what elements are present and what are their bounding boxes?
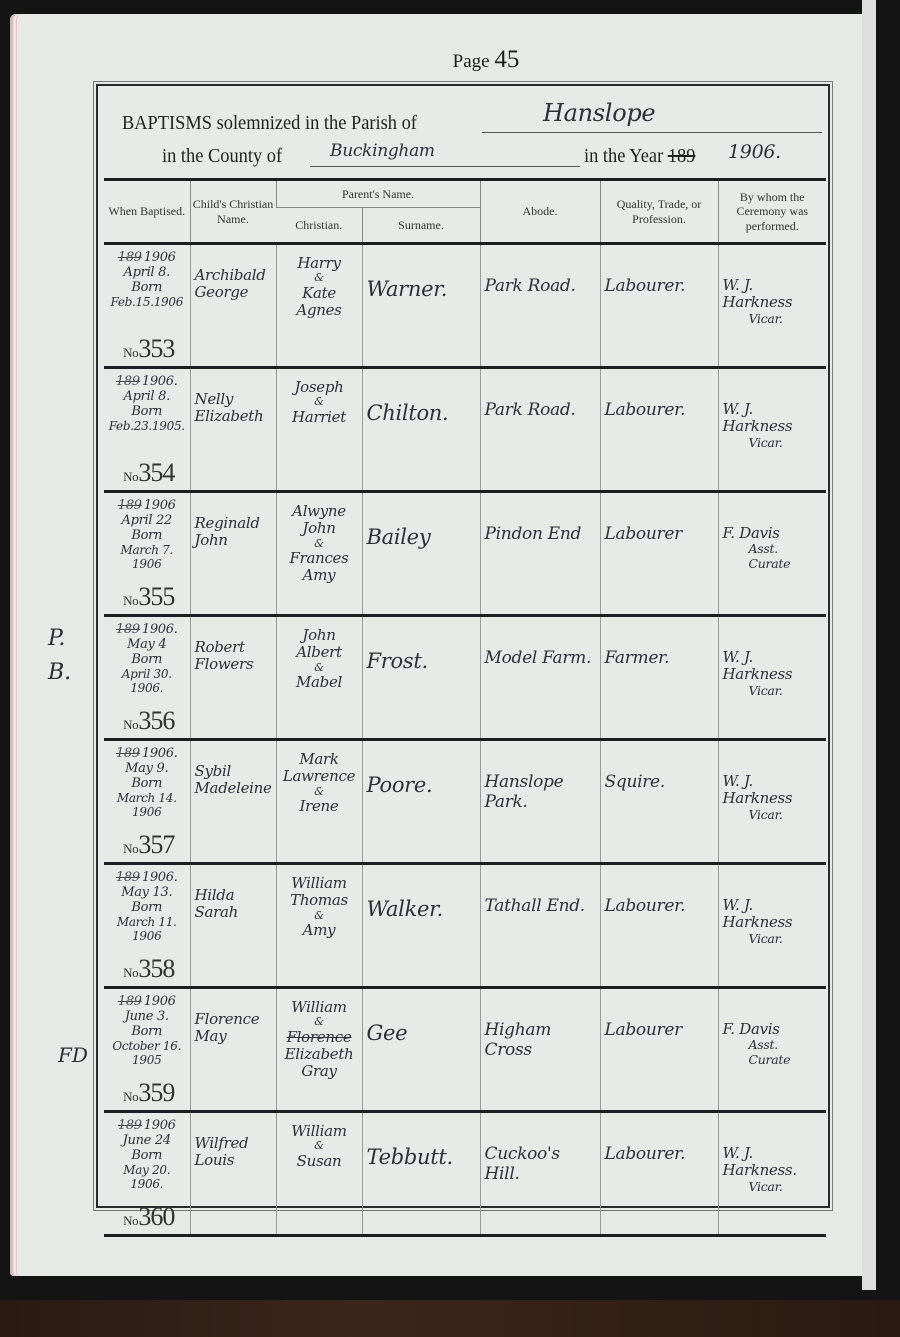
officiant-title: Vicar.: [723, 436, 823, 450]
quality-trade-profession: Labourer.: [600, 1112, 718, 1236]
when-baptised-cell: 1891906 June 24 Born May 20. 1906. No360: [104, 1112, 190, 1236]
born-label: Born: [108, 777, 186, 792]
year-label: in the Year 189: [584, 145, 695, 168]
column-header-parent-christian: Christian.: [276, 208, 362, 244]
parent-christian-name: Lawrence: [281, 768, 358, 785]
entry-number-value: 353: [138, 334, 174, 363]
year-written: 1906: [144, 250, 176, 265]
baptism-date: May 13.: [108, 886, 186, 901]
register-entry: 1891906 April 8. Born Feb.15.1906 No353 …: [104, 244, 826, 368]
abode: Tathall End.: [480, 864, 600, 988]
struck-parent-name: Florence: [281, 1029, 358, 1046]
quality-trade-profession: Labourer.: [600, 244, 718, 368]
entry-number-label: No: [123, 469, 138, 484]
parents-christian-names: WilliamThomas&Amy: [276, 864, 362, 988]
parent-christian-name: Amy: [281, 567, 358, 584]
born-label: Born: [108, 901, 186, 916]
parent-surname: Frost.: [362, 616, 480, 740]
officiant-name: F. Davis: [723, 1020, 780, 1038]
parent-christian-name: &: [281, 1140, 358, 1153]
officiant-title: Vicar.: [723, 312, 823, 326]
column-header-parent-surname: Surname.: [362, 208, 480, 244]
officiant: W. J. HarknessVicar.: [718, 368, 826, 492]
struck-year: 189: [118, 498, 142, 513]
birth-date: Feb.23.1905.: [108, 420, 186, 434]
officiant-name: W. J. Harkness.: [723, 1144, 797, 1179]
parent-christian-name: Albert: [281, 644, 358, 661]
born-label: Born: [108, 405, 186, 420]
register-entry: 1891906 April 22 Born March 7. 1906 No35…: [104, 492, 826, 616]
birth-date: March 11. 1906: [108, 916, 186, 944]
parent-surname: Gee: [362, 988, 480, 1112]
baptism-year: 1891906: [108, 995, 186, 1010]
parent-surname: Bailey: [362, 492, 480, 616]
child-christian-name: Archibald George: [190, 244, 276, 368]
birth-date: April 30. 1906.: [108, 668, 186, 696]
officiant-name: W. J. Harkness: [723, 648, 793, 683]
birth-date: May 20. 1906.: [108, 1164, 186, 1192]
parents-christian-names: Harry&KateAgnes: [276, 244, 362, 368]
county-rule: [310, 166, 580, 167]
birth-date: Feb.15.1906: [108, 296, 186, 310]
baptism-year: 1891906.: [108, 375, 186, 390]
struck-year: 189: [118, 994, 142, 1009]
year-printed: 189: [668, 145, 696, 167]
year-written: 1906: [144, 1118, 176, 1133]
officiant: W. J. HarknessVicar.: [718, 740, 826, 864]
when-baptised-cell: 1891906 April 22 Born March 7. 1906 No35…: [104, 492, 190, 616]
parent-christian-name: Elizabeth: [281, 1046, 358, 1063]
baptism-register-table: When Baptised. Child's Christian Name. P…: [104, 178, 826, 1237]
parent-christian-name: William: [281, 999, 358, 1016]
parent-christian-name: &: [281, 396, 358, 409]
entry-number: No360: [112, 1202, 186, 1232]
entry-number-label: No: [123, 965, 138, 980]
when-baptised-cell: 1891906. May 4 Born April 30. 1906. No35…: [104, 616, 190, 740]
officiant-name: W. J. Harkness: [723, 772, 793, 807]
child-christian-name: Sybil Madeleine: [190, 740, 276, 864]
officiant-title: Asst. Curate: [723, 1038, 823, 1067]
child-christian-name: Florence May: [190, 988, 276, 1112]
when-baptised-cell: 1891906. May 9. Born March 14. 1906 No35…: [104, 740, 190, 864]
parent-christian-name: Harry: [281, 255, 358, 272]
year-written: 1906: [144, 498, 176, 513]
year-written: 1906.: [142, 746, 178, 761]
abode: Pindon End: [480, 492, 600, 616]
born-label: Born: [108, 529, 186, 544]
column-header-when: When Baptised.: [104, 180, 190, 244]
parent-christian-name: Amy: [281, 922, 358, 939]
parent-christian-name: Irene: [281, 798, 358, 815]
baptism-year: 1891906: [108, 251, 186, 266]
birth-date: October 16. 1905: [108, 1040, 186, 1068]
officiant: W. J. HarknessVicar.: [718, 864, 826, 988]
quality-trade-profession: Labourer.: [600, 368, 718, 492]
abode: Higham Cross: [480, 988, 600, 1112]
entry-number-value: 354: [138, 458, 174, 487]
baptism-year: 1891906: [108, 499, 186, 514]
parent-christian-name: Kate: [281, 285, 358, 302]
baptism-date: May 9.: [108, 762, 186, 777]
parent-christian-name: Harriet: [281, 409, 358, 426]
baptism-date: June 24: [108, 1134, 186, 1149]
parent-christian-name: Mark: [281, 751, 358, 768]
officiant-name: F. Davis: [723, 524, 780, 542]
county-value: Buckingham: [330, 142, 435, 162]
page-number-value: 45: [494, 46, 519, 73]
baptism-year: 1891906.: [108, 623, 186, 638]
officiant-title: Vicar.: [723, 932, 823, 946]
parent-surname: Chilton.: [362, 368, 480, 492]
officiant-name: W. J. Harkness: [723, 400, 793, 435]
column-header-child: Child's Christian Name.: [190, 180, 276, 244]
when-baptised-cell: 1891906 June 3. Born October 16. 1905 No…: [104, 988, 190, 1112]
entry-number: No356: [112, 706, 186, 736]
page-label: Page: [453, 51, 490, 72]
officiant: W. J. Harkness.Vicar.: [718, 1112, 826, 1236]
quality-trade-profession: Squire.: [600, 740, 718, 864]
parents-christian-names: JohnAlbert&Mabel: [276, 616, 362, 740]
parents-christian-names: MarkLawrence&Irene: [276, 740, 362, 864]
baptism-year: 1891906: [108, 1119, 186, 1134]
parent-christian-name: William: [281, 875, 358, 892]
birth-date: March 14. 1906: [108, 792, 186, 820]
parent-surname: Poore.: [362, 740, 480, 864]
register-entry: 1891906 June 24 Born May 20. 1906. No360…: [104, 1112, 826, 1236]
baptism-year: 1891906.: [108, 747, 186, 762]
officiant: W. J. HarknessVicar.: [718, 244, 826, 368]
register-entry: 1891906. April 8. Born Feb.23.1905. No35…: [104, 368, 826, 492]
parish-rule: [482, 132, 822, 133]
entry-number-value: 360: [138, 1202, 174, 1231]
parent-christian-name: Thomas: [281, 892, 358, 909]
parent-christian-name: &: [281, 1016, 358, 1029]
entry-number-label: No: [123, 1089, 138, 1104]
entry-number-value: 359: [138, 1078, 174, 1107]
year-written: 1906.: [142, 374, 178, 389]
page-number: Page 45: [0, 46, 900, 74]
abode: Model Farm.: [480, 616, 600, 740]
entry-number: No358: [112, 954, 186, 984]
birth-date: March 7. 1906: [108, 544, 186, 572]
when-baptised-cell: 1891906 April 8. Born Feb.15.1906 No353: [104, 244, 190, 368]
abode: Hanslope Park.: [480, 740, 600, 864]
entry-number: No355: [112, 582, 186, 612]
parent-surname: Tebbutt.: [362, 1112, 480, 1236]
born-label: Born: [108, 281, 186, 296]
struck-year: 189: [116, 622, 140, 637]
baptism-date: April 8.: [108, 390, 186, 405]
entry-number-value: 356: [138, 706, 174, 735]
officiant: F. DavisAsst. Curate: [718, 492, 826, 616]
officiant-name: W. J. Harkness: [723, 276, 793, 311]
parent-christian-name: John: [281, 520, 358, 537]
entry-number-label: No: [123, 717, 138, 732]
register-entry: 1891906. May 9. Born March 14. 1906 No35…: [104, 740, 826, 864]
entry-number-label: No: [123, 1213, 138, 1228]
parent-christian-name: Joseph: [281, 379, 358, 396]
register-entry: 1891906 June 3. Born October 16. 1905 No…: [104, 988, 826, 1112]
year-prefix: in the Year: [584, 145, 663, 167]
officiant: W. J. HarknessVicar.: [718, 616, 826, 740]
parent-christian-name: Agnes: [281, 302, 358, 319]
entry-number-value: 355: [138, 582, 174, 611]
struck-year: 189: [118, 1118, 142, 1133]
entry-number-label: No: [123, 841, 138, 856]
born-label: Born: [108, 653, 186, 668]
register-entry: 1891906. May 4 Born April 30. 1906. No35…: [104, 616, 826, 740]
parish-value: Hanslope: [543, 100, 655, 128]
struck-year: 189: [116, 746, 140, 761]
margin-note-fd: FD: [58, 1040, 88, 1071]
margin-note-pb: P. B.: [48, 622, 71, 690]
officiant-title: Asst. Curate: [723, 542, 823, 571]
born-label: Born: [108, 1149, 186, 1164]
baptism-date: April 22: [108, 514, 186, 529]
register-form: BAPTISMS solemnized in the Parish of Han…: [96, 84, 830, 1208]
baptism-date: April 8.: [108, 266, 186, 281]
entry-number: No354: [112, 458, 186, 488]
year-written: 1906: [144, 994, 176, 1009]
parent-christian-name: Alwyne: [281, 503, 358, 520]
parent-christian-name: William: [281, 1123, 358, 1140]
parents-christian-names: AlwyneJohn&FrancesAmy: [276, 492, 362, 616]
born-label: Born: [108, 1025, 186, 1040]
parent-christian-name: Susan: [281, 1153, 358, 1170]
column-header-abode: Abode.: [480, 180, 600, 244]
baptism-date: June 3.: [108, 1010, 186, 1025]
baptism-date: May 4: [108, 638, 186, 653]
child-christian-name: Nelly Elizabeth: [190, 368, 276, 492]
officiant-title: Vicar.: [723, 684, 823, 698]
margin-note-p: P.: [48, 622, 71, 656]
table-surface: [0, 1300, 900, 1337]
quality-trade-profession: Labourer: [600, 492, 718, 616]
entry-number: No357: [112, 830, 186, 860]
entry-number-value: 358: [138, 954, 174, 983]
officiant-title: Vicar.: [723, 808, 823, 822]
parent-surname: Warner.: [362, 244, 480, 368]
year-written: 1906.: [142, 870, 178, 885]
officiant: F. DavisAsst. Curate: [718, 988, 826, 1112]
parents-christian-names: William&FlorenceElizabethGray: [276, 988, 362, 1112]
child-christian-name: Wilfred Louis: [190, 1112, 276, 1236]
abode: Park Road.: [480, 368, 600, 492]
column-header-by-whom: By whom the Ceremony was performed.: [718, 180, 826, 244]
abode: Cuckoo's Hill.: [480, 1112, 600, 1236]
when-baptised-cell: 1891906. May 13. Born March 11. 1906 No3…: [104, 864, 190, 988]
struck-year: 189: [118, 250, 142, 265]
year-written: 1906.: [142, 622, 178, 637]
parent-surname: Walker.: [362, 864, 480, 988]
form-title-parish-label: BAPTISMS solemnized in the Parish of: [122, 112, 417, 135]
parents-christian-names: Joseph&Harriet: [276, 368, 362, 492]
child-christian-name: Hilda Sarah: [190, 864, 276, 988]
column-header-parents: Parent's Name.: [276, 180, 480, 208]
child-christian-name: Reginald John: [190, 492, 276, 616]
register-entry: 1891906. May 13. Born March 11. 1906 No3…: [104, 864, 826, 988]
child-christian-name: Robert Flowers: [190, 616, 276, 740]
quality-trade-profession: Labourer: [600, 988, 718, 1112]
officiant-title: Vicar.: [723, 1180, 823, 1194]
abode: Park Road.: [480, 244, 600, 368]
entry-number-label: No: [123, 593, 138, 608]
officiant-name: W. J. Harkness: [723, 896, 793, 931]
quality-trade-profession: Farmer.: [600, 616, 718, 740]
struck-year: 189: [116, 374, 140, 389]
facing-page-edge: [862, 0, 876, 1290]
quality-trade-profession: Labourer.: [600, 864, 718, 988]
entry-number-value: 357: [138, 830, 174, 859]
column-header-quality: Quality, Trade, or Profession.: [600, 180, 718, 244]
entry-number-label: No: [123, 345, 138, 360]
when-baptised-cell: 1891906. April 8. Born Feb.23.1905. No35…: [104, 368, 190, 492]
parent-christian-name: &: [281, 272, 358, 285]
parents-christian-names: William&Susan: [276, 1112, 362, 1236]
form-title-county-label: in the County of: [162, 145, 282, 168]
struck-year: 189: [116, 870, 140, 885]
entry-number: No359: [112, 1078, 186, 1108]
entry-number: No353: [112, 334, 186, 364]
parent-christian-name: John: [281, 627, 358, 644]
parent-christian-name: Mabel: [281, 674, 358, 691]
parent-christian-name: Gray: [281, 1063, 358, 1080]
year-value: 1906.: [728, 142, 781, 164]
baptism-year: 1891906.: [108, 871, 186, 886]
parent-christian-name: Frances: [281, 550, 358, 567]
margin-note-b: B.: [48, 656, 71, 690]
